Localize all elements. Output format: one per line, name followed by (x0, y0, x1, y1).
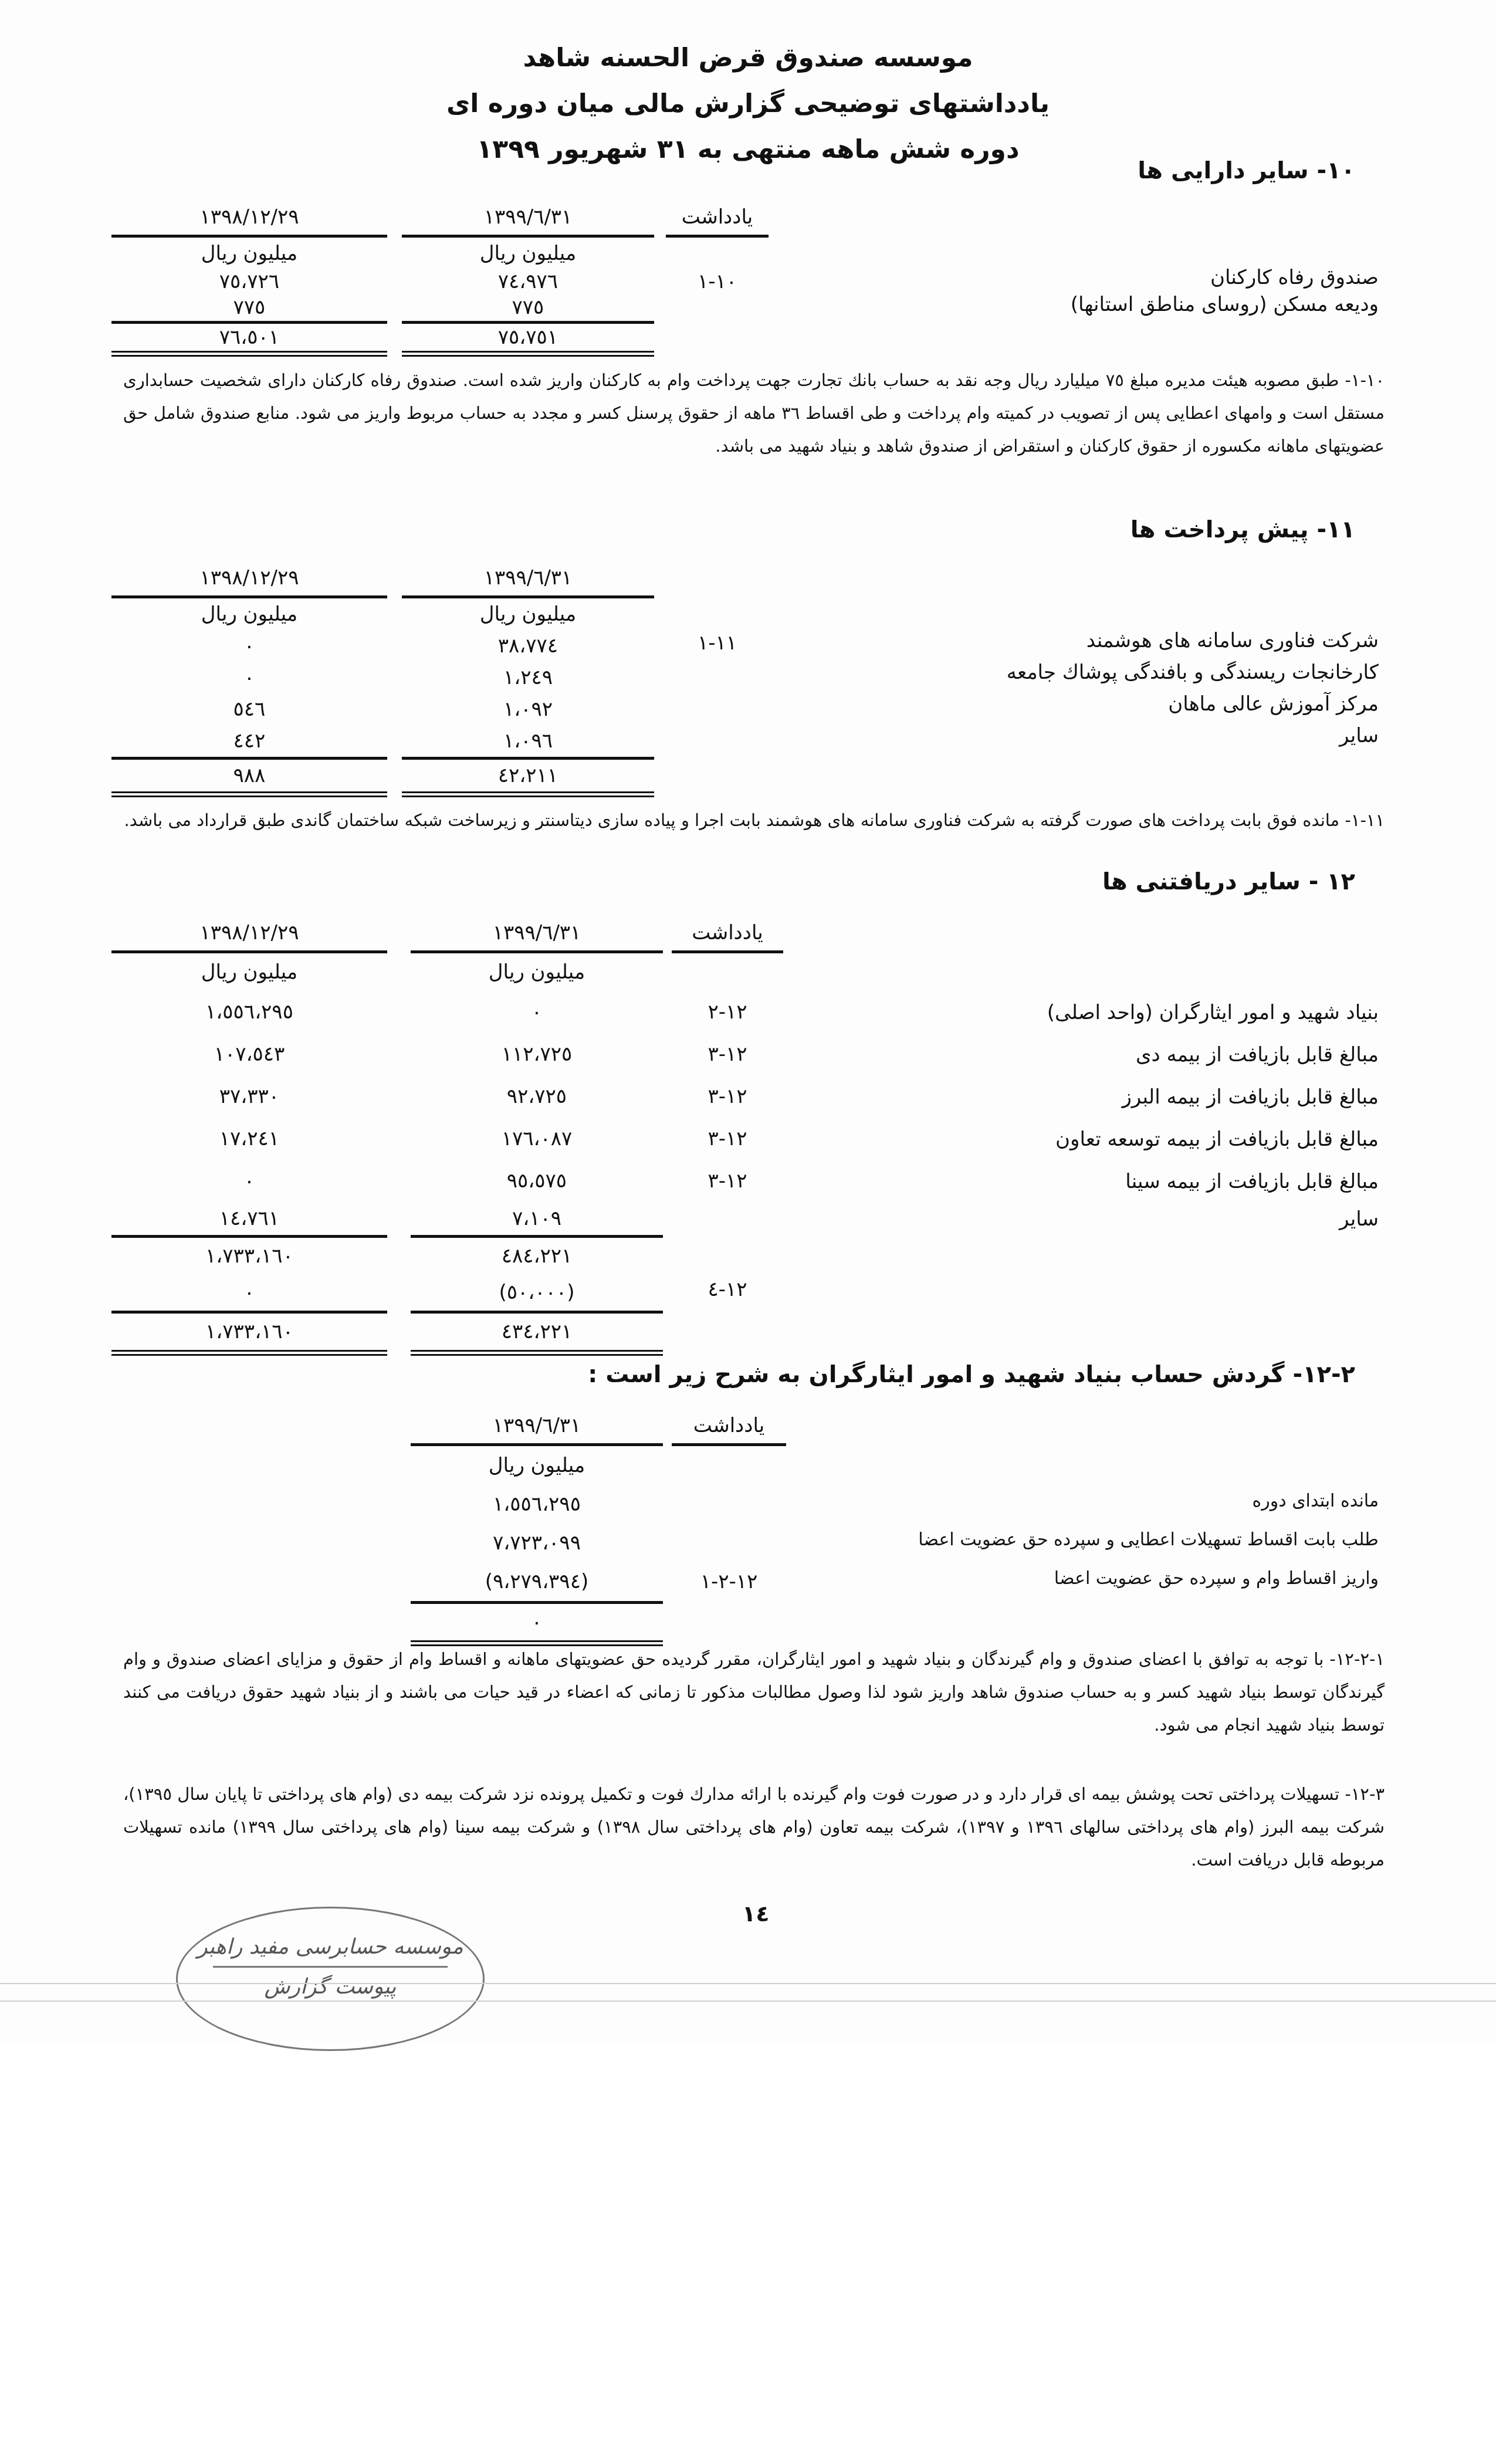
current-period-header: ١٣٩٩/٦/٣١ (402, 199, 654, 238)
total-value: ٤٣٤،٢٢١ (411, 1314, 663, 1356)
current-period-header: ١٣٩٩/٦/٣١ (411, 915, 663, 953)
section-10-table: ١٣٩٨/١٢/٢٩ ميليون ريال ٧٥،٧٢٦ ٧٧٥ ٧٦،٥٠١… (111, 199, 769, 364)
cell-value: ١١٢،٧٢٥ (411, 1033, 663, 1075)
document-header: موسسه صندوق قرض الحسنه شاهد يادداشتهاى ت… (0, 35, 1496, 172)
total-value: ٤٢،٢١١ (402, 760, 654, 797)
note-ref: ١٢-٢-١ (672, 1562, 786, 1601)
scan-artifact (0, 2001, 1496, 2002)
cell-value: ٧،١٠٩ (411, 1202, 663, 1238)
note-ref: ١٢-٣ (672, 1160, 783, 1202)
cell-value: ٤٤٢ (111, 725, 387, 760)
cell-value: ٥٤٦ (111, 693, 387, 725)
total-value: ٠ (411, 1604, 663, 1646)
footnote-12-3: ٣-١٢- تسهيلات پرداختى تحت پوشش بيمه اى ق… (123, 1778, 1385, 1876)
row-label: صندوق رفاه كاركنان (1071, 264, 1379, 291)
adjustment-value: (٥٠،٠٠٠) (411, 1274, 663, 1314)
current-period-header: ١٣٩٩/٦/٣١ (411, 1408, 663, 1446)
prior-period-column: ١٣٩٨/١٢/٢٩ ميليون ريال ٠ ٠ ٥٤٦ ٤٤٢ ٩٨٨ (111, 560, 387, 797)
subtotal-value: ٤٨٤،٢٢١ (411, 1238, 663, 1274)
unit-label: ميليون ريال (111, 953, 387, 991)
cell-value: ١٤،٧٦١ (111, 1202, 387, 1238)
cell-value: ٧٧٥ (111, 294, 387, 324)
cell-value: ٧٥،٧٢٦ (111, 269, 387, 294)
note-ref: ١٠-١ (666, 269, 769, 294)
row-label: واريز اقساط وام و سپرده حق عضويت اعضا (918, 1559, 1379, 1598)
cell-value: ٩٥،٥٧٥ (411, 1160, 663, 1202)
footnote-11-1: ١١-١- مانده فوق بابت پرداخت هاى صورت گرف… (123, 804, 1385, 837)
current-period-header: ١٣٩٩/٦/٣١ (402, 560, 654, 598)
cell-value: ٩٢،٧٢٥ (411, 1075, 663, 1118)
section-12-labels: بنياد شهيد و امور ايثارگران (واحد اصلى) … (1047, 991, 1379, 1236)
row-label: مانده ابتداى دوره (918, 1482, 1379, 1521)
cell-value: (٩،٢٧٩،٣٩٤) (411, 1562, 663, 1604)
total-value: ٧٥،٧٥١ (402, 324, 654, 357)
prior-period-header: ١٣٩٨/١٢/٢٩ (111, 560, 387, 598)
unit-label: ميليون ريال (402, 598, 654, 630)
unit-label: ميليون ريال (411, 1446, 663, 1485)
unit-label: ميليون ريال (411, 953, 663, 991)
total-value: ٧٦،٥٠١ (111, 324, 387, 357)
cell-value: ١٧،٢٤١ (111, 1118, 387, 1160)
unit-label: ميليون ريال (111, 238, 387, 269)
row-label: ساير (1047, 1203, 1379, 1236)
cell-value: ٠ (111, 662, 387, 693)
note-ref: ١٢-٣ (672, 1118, 783, 1160)
row-label: بنياد شهيد و امور ايثارگران (واحد اصلى) (1047, 991, 1379, 1034)
row-label: ساير (1007, 720, 1379, 752)
cell-value: ٣٨،٧٧٤ (402, 630, 654, 662)
total-value: ٩٨٨ (111, 760, 387, 797)
section-12-2-heading: ٢-١٢- گردش حساب بنياد شهيد و امور ايثارگ… (588, 1361, 1355, 1388)
current-period-column: ١٣٩٩/٦/٣١ ميليون ريال ٠ ١١٢،٧٢٥ ٩٢،٧٢٥ ١… (411, 915, 663, 1356)
row-label: طلب بابت اقساط تسهيلات اعطايى و سپرده حق… (918, 1521, 1379, 1559)
footnote-12-2-1: ١-٢-١٢- با توجه به توافق با اعضاى صندوق … (123, 1643, 1385, 1741)
cell-value: ١،٠٩٦ (402, 725, 654, 760)
note-ref: ١٢-٤ (672, 1271, 783, 1308)
note-column: ١١-١ (666, 560, 769, 659)
section-11-heading: ١١- پيش پرداخت ها (1131, 516, 1355, 543)
note-header: يادداشت (672, 1408, 786, 1446)
page-number: ١٤ (742, 1901, 769, 1927)
adjustment-value: ٠ (111, 1274, 387, 1314)
prior-period-header: ١٣٩٨/١٢/٢٩ (111, 915, 387, 953)
subtotal-value: ١،٧٣٣،١٦٠ (111, 1238, 387, 1274)
current-period-column: ١٣٩٩/٦/٣١ ميليون ريال ٧٤،٩٧٦ ٧٧٥ ٧٥،٧٥١ (402, 199, 654, 357)
cell-value: ٠ (111, 1160, 387, 1202)
row-label: مبالغ قابل بازيافت از بيمه دى (1047, 1034, 1379, 1076)
cell-value: ١،٢٤٩ (402, 662, 654, 693)
row-label: شركت فناورى سامانه هاى هوشمند (1007, 625, 1379, 656)
section-12-2-labels: مانده ابتداى دوره طلب بابت اقساط تسهيلات… (918, 1482, 1379, 1598)
cell-value: ١،٠٩٢ (402, 693, 654, 725)
current-period-column: ١٣٩٩/٦/٣١ ميليون ريال ٣٨،٧٧٤ ١،٢٤٩ ١،٠٩٢… (402, 560, 654, 797)
row-label: مبالغ قابل بازيافت از بيمه سينا (1047, 1160, 1379, 1203)
cell-value: ١٧٦،٠٨٧ (411, 1118, 663, 1160)
organization-name: موسسه صندوق قرض الحسنه شاهد (0, 35, 1496, 81)
cell-value: ٣٧،٣٣٠ (111, 1075, 387, 1118)
section-12-heading: ١٢ - ساير دريافتنى ها (1102, 868, 1355, 895)
cell-value: ١،٥٥٦،٢٩٥ (411, 1485, 663, 1524)
footnote-10-1: ١٠-١- طبق مصوبه هيئت مديره مبلغ ٧٥ ميليا… (123, 364, 1385, 462)
section-10-heading: ١٠- ساير دارايى ها (1138, 157, 1355, 184)
note-column: يادداشت ١٢-٢ ١٢-٣ ١٢-٣ ١٢-٣ ١٢-٣ ١٢-٤ (672, 915, 783, 1308)
note-ref: ١٢-٣ (672, 1033, 783, 1075)
report-title: يادداشتهاى توضيحى گزارش مالى ميان دوره ا… (0, 81, 1496, 127)
document-page: موسسه صندوق قرض الحسنه شاهد يادداشتهاى ت… (0, 0, 1496, 2042)
auditor-stamp: موسسه حسابرسى مفيد راهبر پيوست گزارش (176, 1907, 485, 2051)
section-10-labels: صندوق رفاه كاركنان وديعه مسكن (روساى منا… (1071, 264, 1379, 318)
total-value: ١،٧٣٣،١٦٠ (111, 1314, 387, 1356)
row-label: وديعه مسكن (روساى مناطق استانها) (1071, 291, 1379, 318)
row-label: مبالغ قابل بازيافت از بيمه توسعه تعاون (1047, 1118, 1379, 1160)
note-ref: ١٢-٢ (672, 991, 783, 1033)
row-label: كارخانجات ريسندگى و بافندگى پوشاك جامعه (1007, 656, 1379, 688)
cell-value: ٠ (411, 991, 663, 1033)
note-header: يادداشت (666, 199, 769, 238)
cell-value: ١،٥٥٦،٢٩٥ (111, 991, 387, 1033)
note-column: يادداشت ١٢-٢-١ (672, 1408, 786, 1601)
cell-value: ٧،٧٢٣،٠٩٩ (411, 1524, 663, 1562)
note-ref: ١٢-٣ (672, 1075, 783, 1118)
section-11-table: ١٣٩٨/١٢/٢٩ ميليون ريال ٠ ٠ ٥٤٦ ٤٤٢ ٩٨٨ ١… (111, 560, 769, 795)
scan-artifact (0, 1983, 1496, 1984)
row-label: مبالغ قابل بازيافت از بيمه البرز (1047, 1076, 1379, 1118)
section-12-table: ١٣٩٨/١٢/٢٩ ميليون ريال ١،٥٥٦،٢٩٥ ١٠٧،٥٤٣… (111, 915, 786, 1361)
stamp-divider (213, 1966, 448, 1968)
unit-label: ميليون ريال (111, 598, 387, 630)
stamp-auditor-name: موسسه حسابرسى مفيد راهبر (178, 1935, 483, 1959)
prior-period-header: ١٣٩٨/١٢/٢٩ (111, 199, 387, 238)
cell-value: ٠ (111, 630, 387, 662)
unit-label: ميليون ريال (402, 238, 654, 269)
prior-period-column: ١٣٩٨/١٢/٢٩ ميليون ريال ١،٥٥٦،٢٩٥ ١٠٧،٥٤٣… (111, 915, 387, 1356)
section-12-2-table: ١٣٩٩/٦/٣١ ميليون ريال ١،٥٥٦،٢٩٥ ٧،٧٢٣،٠٩… (411, 1408, 786, 1643)
cell-value: ٧٧٥ (402, 294, 654, 324)
prior-period-column: ١٣٩٨/١٢/٢٩ ميليون ريال ٧٥،٧٢٦ ٧٧٥ ٧٦،٥٠١ (111, 199, 387, 357)
cell-value: ٧٤،٩٧٦ (402, 269, 654, 294)
note-column: يادداشت ١٠-١ (666, 199, 769, 294)
row-label: مركز آموزش عالى ماهان (1007, 688, 1379, 720)
note-ref: ١١-١ (666, 627, 769, 659)
current-period-column: ١٣٩٩/٦/٣١ ميليون ريال ١،٥٥٦،٢٩٥ ٧،٧٢٣،٠٩… (411, 1408, 663, 1646)
stamp-attachment-label: پيوست گزارش (178, 1975, 483, 1999)
note-header: يادداشت (672, 915, 783, 953)
cell-value: ١٠٧،٥٤٣ (111, 1033, 387, 1075)
section-11-labels: شركت فناورى سامانه هاى هوشمند كارخانجات … (1007, 625, 1379, 752)
